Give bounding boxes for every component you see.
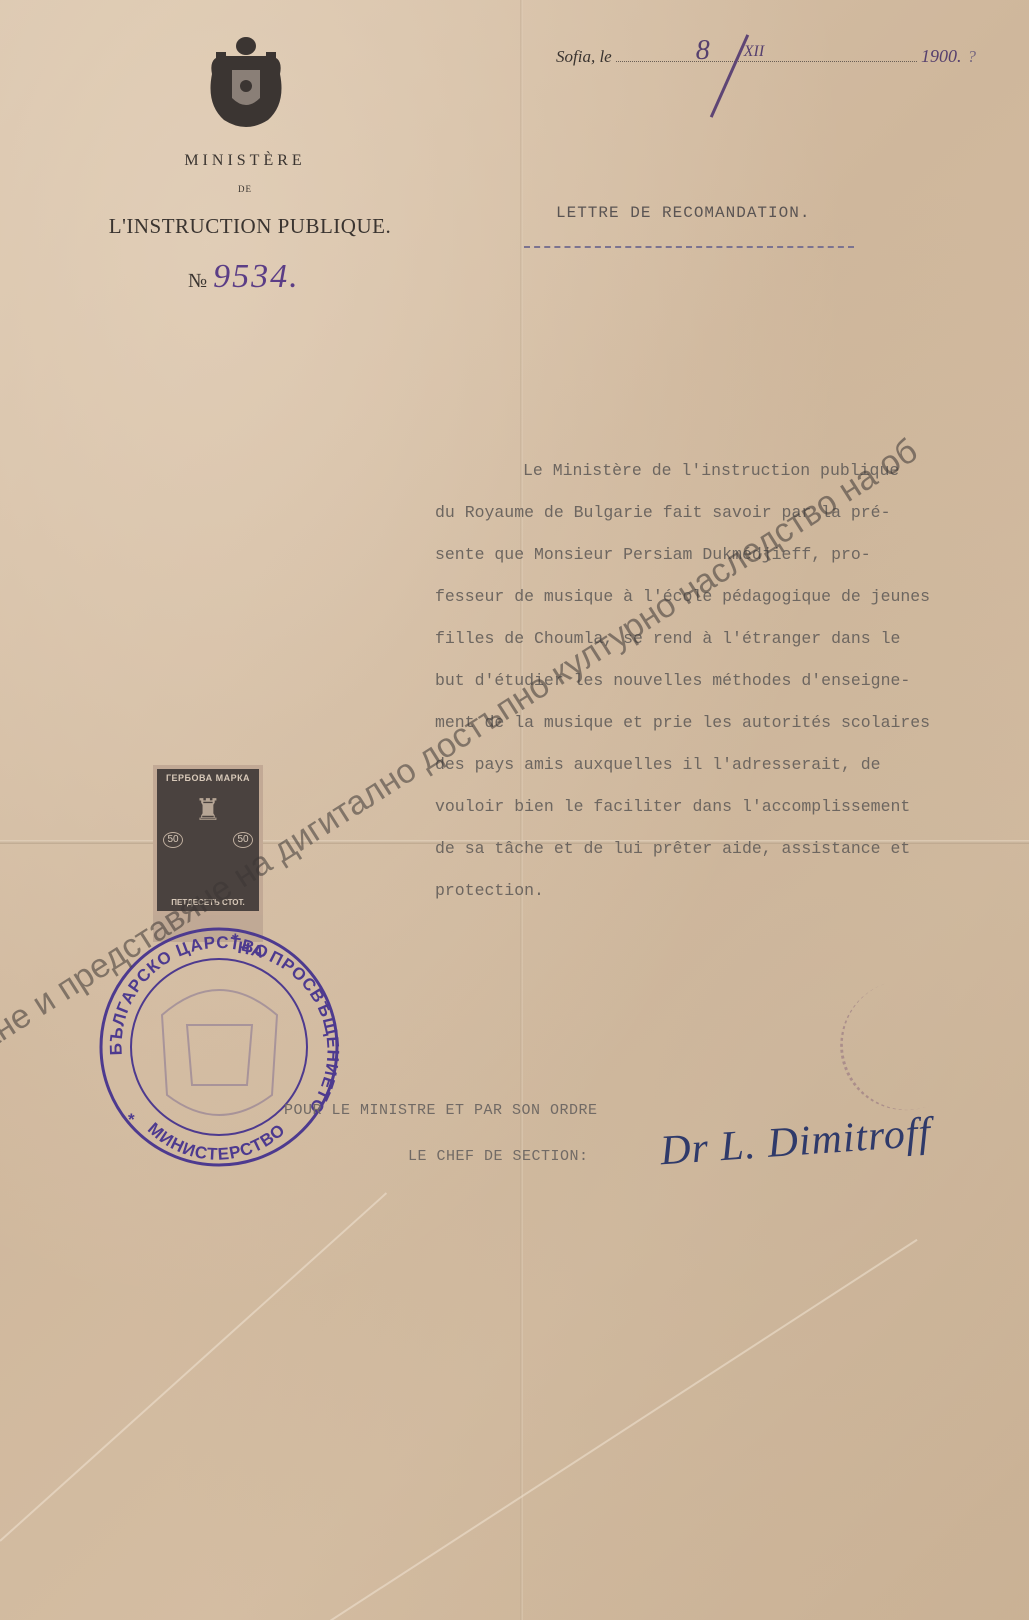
- number-label: №: [188, 270, 207, 293]
- paper-crease: [0, 1192, 387, 1541]
- seal-text-bottom: МИНИСТЕРСТВО: [144, 1119, 289, 1164]
- stamp-value-right: 50: [233, 832, 253, 848]
- coat-of-arms-icon: [198, 34, 294, 134]
- ministry-title-line2: DE: [0, 184, 490, 194]
- body-line: sente que Monsieur Persiam Dukmédjieff, …: [435, 542, 1015, 584]
- body-line: Le Ministère de l'instruction publique: [435, 458, 1015, 500]
- letter-body: Le Ministère de l'instruction publique d…: [435, 458, 1015, 920]
- body-line: des pays amis auxquelles il l'adresserai…: [435, 752, 1015, 794]
- number-value: 9534.: [213, 258, 300, 296]
- paper-crease: [329, 1239, 917, 1620]
- ministry-title-line3: L'INSTRUCTION PUBLIQUE.: [40, 214, 460, 239]
- date-month: XII: [744, 43, 764, 61]
- body-line: filles de Choumla, se rend à l'étranger …: [435, 626, 1015, 668]
- closing-line-1: POUR LE MINISTRE ET PAR SON ORDRE: [284, 1102, 598, 1119]
- seal-ornament-icon: *: [232, 930, 240, 949]
- body-line: vouloir bien le faciliter dans l'accompl…: [435, 794, 1015, 836]
- body-line: but d'étudier les nouvelles méthodes d'e…: [435, 668, 1015, 710]
- revenue-stamp: ГЕРБОВА МАРКА ♜ 50 50 ПЕТДЕСЕТЬ СТОТ.: [153, 765, 263, 915]
- body-line: du Royaume de Bulgarie fait savoir par l…: [435, 500, 1015, 542]
- stamp-value-left: 50: [163, 832, 183, 848]
- heading-underline: [524, 246, 854, 248]
- date-year: 1900.: [921, 46, 962, 67]
- body-line: fesseur de musique à l'école pédagogique…: [435, 584, 1015, 626]
- date-year-suffix: ?: [968, 47, 977, 67]
- body-line: protection.: [435, 878, 1015, 920]
- lion-emblem-icon: ♜: [157, 793, 259, 828]
- body-line: de sa tâche et de lui prêter aide, assis…: [435, 836, 1015, 878]
- seal-ornament-icon: *: [128, 1110, 136, 1129]
- body-line: ment de la musique et prie les autorités…: [435, 710, 1015, 752]
- faint-seal-impression: [822, 961, 991, 1129]
- date-fill-line: 8 XII: [616, 61, 917, 62]
- place-label: Sofia, le: [556, 47, 612, 67]
- signature: Dr L. Dimitroff: [659, 1109, 933, 1176]
- closing-line-2: LE CHEF DE SECTION:: [408, 1148, 589, 1165]
- letter-heading: LETTRE DE RECOMANDATION.: [556, 204, 810, 222]
- reference-number: № 9534.: [188, 258, 300, 296]
- date-day: 8: [696, 35, 710, 67]
- ministry-title-line1: MINISTÈRE: [0, 152, 490, 170]
- ministry-seal: БЪЛГАРСКО ЦАРСТВО НА ПРОСВѢЩЕНИЕТО МИНИС…: [92, 925, 347, 1170]
- stamp-title: ГЕРБОВА МАРКА: [157, 769, 259, 783]
- date-line: Sofia, le 8 XII 1900. ?: [556, 46, 976, 67]
- stamp-denomination: ПЕТДЕСЕТЬ СТОТ.: [157, 898, 259, 907]
